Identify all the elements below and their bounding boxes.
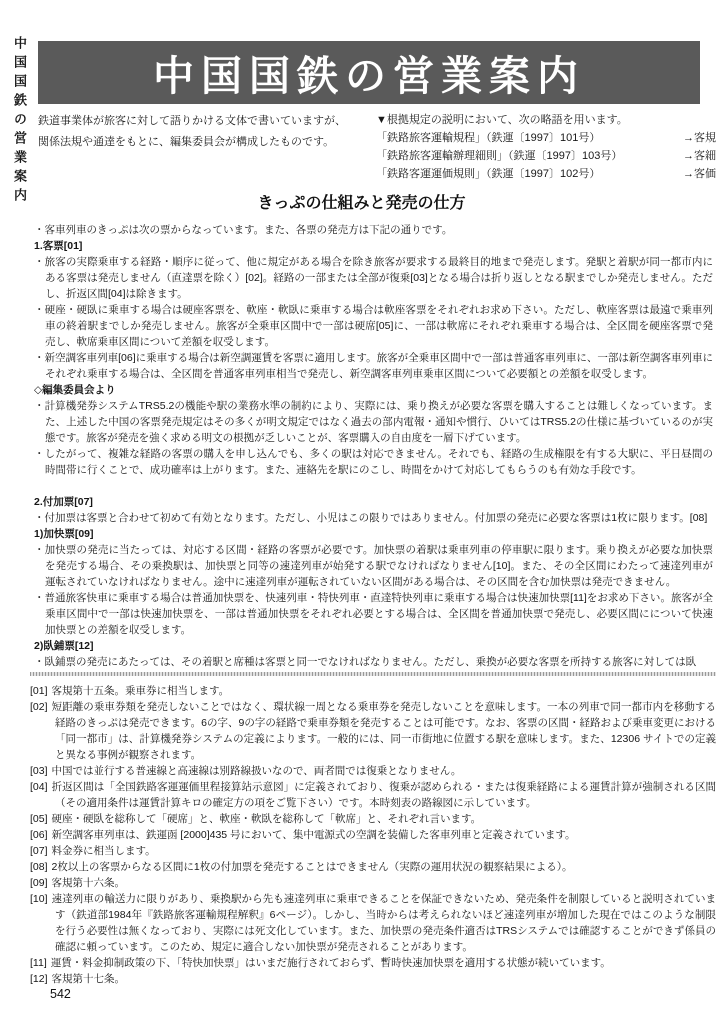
editorial-note-line: 関係法規や通達をもとに、編集委員会が構成したものです。	[38, 132, 370, 153]
footnote: [02]短距離の乗車券類を発売しないことではなく、環状線一周となる乗車券を発売し…	[30, 699, 716, 763]
footnote-text: 中国では並行する普速線と高速線は別路線扱いなので、両者間では復乗となりません。	[52, 765, 462, 777]
body-text: ・客車列車のきっぷは次の票からなっています。また、各票の発売方は下記の通りです。…	[34, 222, 713, 670]
subsection-label: 1)加快票[09]	[34, 526, 713, 542]
abbreviation-source: 「鉄路旅客運輸規程」（鉄運〔1997〕101号）	[376, 129, 600, 147]
abbreviation-target: →客細	[683, 147, 716, 165]
footnote: [01]客規第十五条。乗車券に相当します。	[30, 683, 716, 699]
section-label: 2.付加票[07]	[34, 494, 713, 510]
footnote-id: [01]	[30, 685, 48, 697]
footnote: [11]運賃・料金抑制政策の下、「特快加快票」はいまだ施行されておらず、暫時快速…	[30, 955, 716, 971]
footnote: [04]折返区間は「全国鉄路客運運価里程接算站示意図」に定義されており、復乗が認…	[30, 779, 716, 811]
abbreviation-target: →客価	[683, 165, 716, 183]
intro-section: 鉄道事業体が旅客に対して語りかける文体で書いていますが、 関係法規や通達をもとに…	[38, 111, 716, 183]
footnote-text: 客規第十七条。	[52, 973, 126, 985]
footnote-divider	[30, 672, 716, 676]
footnote-id: [12]	[30, 973, 48, 985]
abbreviation-row: 「鉄路客運運価規則」（鉄運〔1997〕102号） →客価	[376, 165, 716, 183]
page-banner: 中国国鉄の営業案内	[38, 41, 700, 104]
abbreviation-target: →客規	[683, 129, 716, 147]
footnote-text: 新空調客車列車は、鉄運函 [2000]435 号において、集中電源式の空調を装備…	[52, 829, 576, 841]
editorial-note: 鉄道事業体が旅客に対して語りかける文体で書いていますが、 関係法規や通達をもとに…	[38, 111, 370, 183]
footnote-id: [03]	[30, 765, 48, 777]
section-heading: きっぷの仕組みと発売の仕方	[0, 190, 723, 213]
footnote-text: 硬座・硬臥を総称して「硬席」と、軟座・軟臥を総称して「軟席」と、それぞれ言います…	[52, 813, 482, 825]
editorial-note-line: 鉄道事業体が旅客に対して語りかける文体で書いていますが、	[38, 111, 370, 132]
footnote: [06]新空調客車列車は、鉄運函 [2000]435 号において、集中電源式の空…	[30, 827, 716, 843]
footnote-id: [06]	[30, 829, 48, 841]
footnote-text: 客規第十五条。乗車券に相当します。	[52, 685, 230, 697]
footnote-id: [10]	[30, 893, 48, 905]
footnote-id: [11]	[30, 957, 47, 969]
subsection-label: 2)臥鋪票[12]	[34, 638, 713, 654]
footnote-text: 2枚以上の客票からなる区間に1枚の付加票を発売することはできません（実際の運用状…	[52, 861, 573, 873]
footnote: [05]硬座・硬臥を総称して「硬席」と、軟座・軟臥を総称して「軟席」と、それぞれ…	[30, 811, 716, 827]
section-label: 1.客票[01]	[34, 238, 713, 254]
body-paragraph: ・新空調客車列車[06]に乗車する場合は新空調運賃を客票に適用します。旅客が全乗…	[34, 350, 713, 382]
body-paragraph: ・普通旅客快車に乗車する場合は普通加快票を、快速列車・特快列車・直達特快列車に乗…	[34, 590, 713, 638]
footnote: [03]中国では並行する普速線と高速線は別路線扱いなので、両者間では復乗となりま…	[30, 763, 716, 779]
abbreviation-row: 「鉄路旅客運輸辦理細則」（鉄運〔1997〕103号） →客細	[376, 147, 716, 165]
edge-vertical-title: 中国国鉄の営業案内	[10, 36, 29, 207]
footnote-id: [09]	[30, 877, 48, 889]
footnote-id: [02]	[30, 701, 48, 713]
footnote-text: 折返区間は「全国鉄路客運運価里程接算站示意図」に定義されており、復乗が認められる…	[52, 781, 716, 809]
body-paragraph: ・したがって、複雑な経路の客票の購入を申し込んでも、多くの駅は対応できません。そ…	[34, 446, 713, 478]
footnote-id: [07]	[30, 845, 48, 857]
footnote: [07]料金券に相当します。	[30, 843, 716, 859]
footnote: [12]客規第十七条。	[30, 971, 716, 987]
footnote-text: 運賃・料金抑制政策の下、「特快加快票」はいまだ施行されておらず、暫時快速加快票を…	[51, 957, 611, 969]
footnote-id: [05]	[30, 813, 48, 825]
body-paragraph: ・付加票は客票と合わせて初めて有効となります。ただし、小児はこの限りではありませ…	[34, 510, 713, 526]
footnote-text: 料金券に相当します。	[52, 845, 156, 857]
body-paragraph: ・硬座・硬臥に乗車する場合は硬座客票を、軟座・軟臥に乗車する場合は軟座客票をそれ…	[34, 302, 713, 350]
footnote: [10]速達列車の輸送力に限りがあり、乗換駅から先も速達列車に乗車できることを保…	[30, 891, 716, 955]
footnote: [09]客規第十六条。	[30, 875, 716, 891]
footnote-text: 客規第十六条。	[52, 877, 126, 889]
body-paragraph: ・客車列車のきっぷは次の票からなっています。また、各票の発売方は下記の通りです。	[34, 222, 713, 238]
abbreviation-source: 「鉄路客運運価規則」（鉄運〔1997〕102号）	[376, 165, 600, 183]
body-paragraph: ・旅客の実際乗車する経路・順序に従って、他に規定がある場合を除き旅客が要求する最…	[34, 254, 713, 302]
document-page: 中国国鉄の営業案内 中国国鉄の営業案内 鉄道事業体が旅客に対して語りかける文体で…	[0, 0, 723, 1024]
footnote-id: [08]	[30, 861, 48, 873]
abbreviation-legend: ▼根拠規定の説明において、次の略語を用います。 「鉄路旅客運輸規程」（鉄運〔19…	[376, 111, 716, 183]
abbreviation-source: 「鉄路旅客運輸辦理細則」（鉄運〔1997〕103号）	[376, 147, 622, 165]
body-paragraph: ・計算機発券システムTRS5.2の機能や駅の業務水準の制約により、実際には、乗り…	[34, 398, 713, 446]
body-paragraph: ・加快票の発売に当たっては、対応する区間・経路の客票が必要です。加快票の着駅は乗…	[34, 542, 713, 590]
banner-title: 中国国鉄の営業案内	[153, 43, 585, 102]
body-paragraph: ・臥鋪票の発売にあたっては、その着駅と席種は客票と同一でなければなりません。ただ…	[34, 654, 713, 670]
footnote-text: 短距離の乗車券類を発売しないことではなく、環状線一周となる乗車券を発売しないこと…	[52, 701, 716, 761]
page-number: 542	[50, 987, 71, 1001]
footnotes: [01]客規第十五条。乗車券に相当します。 [02]短距離の乗車券類を発売しない…	[30, 683, 716, 987]
footnote-id: [04]	[30, 781, 48, 793]
abbreviation-row: 「鉄路旅客運輸規程」（鉄運〔1997〕101号） →客規	[376, 129, 716, 147]
section-label: ◇編集委員会より	[34, 382, 713, 398]
abbreviation-header: ▼根拠規定の説明において、次の略語を用います。	[376, 111, 716, 129]
footnote: [08]2枚以上の客票からなる区間に1枚の付加票を発売することはできません（実際…	[30, 859, 716, 875]
footnote-text: 速達列車の輸送力に限りがあり、乗換駅から先も速達列車に乗車できることを保証できな…	[52, 893, 716, 953]
